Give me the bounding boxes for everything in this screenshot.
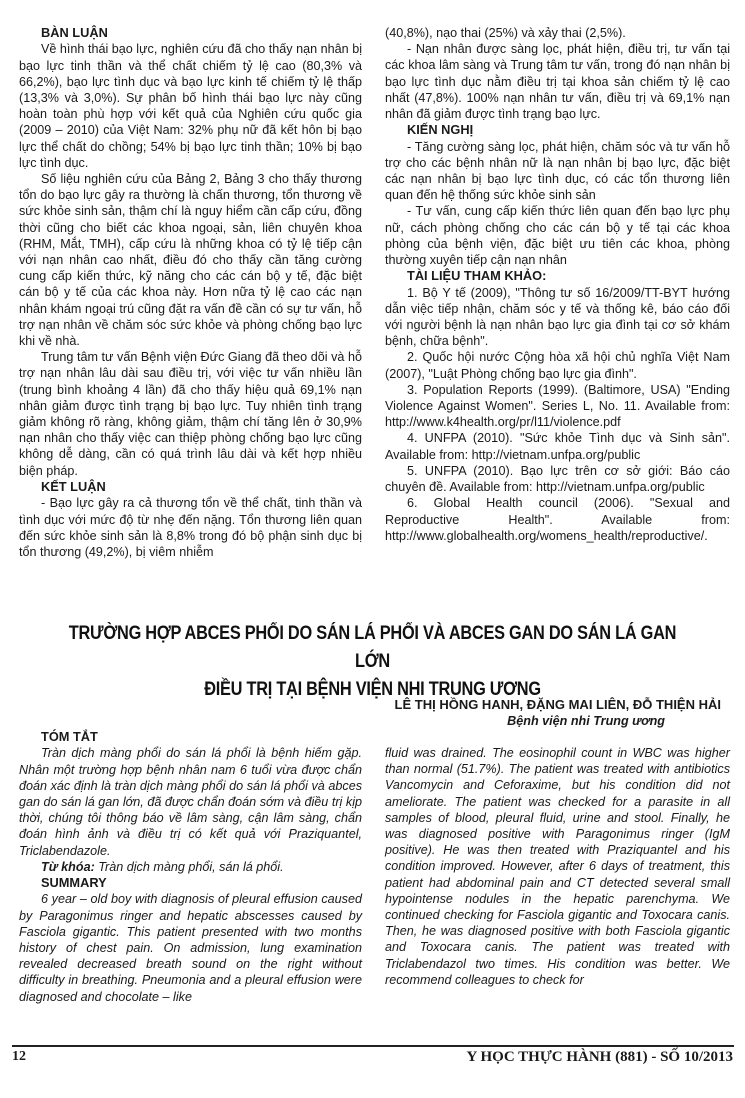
abstract-vietnamese: Tràn dịch màng phổi do sán lá phổi là bệ… <box>19 745 362 858</box>
discussion-paragraph-1: Về hình thái bạo lực, nghiên cứu đã cho … <box>19 41 362 171</box>
tom-tat-heading: TÓM TẮT <box>19 729 362 745</box>
reference-item-4: 4. UNFPA (2010). "Sức khỏe Tình dục và S… <box>385 430 730 462</box>
kien-nghi-heading: KIẾN NGHỊ <box>385 122 730 138</box>
recommendation-2: - Tư vấn, cung cấp kiến thức liên quan đ… <box>385 203 730 268</box>
reference-item-2: 2. Quốc hội nước Cộng hòa xã hội chủ ngh… <box>385 349 730 381</box>
left-column-top: BÀN LUẬN Về hình thái bạo lực, nghiên cứ… <box>19 25 362 560</box>
keywords-text: Tràn dịch màng phổi, sán lá phổi. <box>95 860 284 874</box>
reference-item-6: 6. Global Health council (2006). "Sexual… <box>385 495 730 544</box>
summary-english-part-1: 6 year – old boy with diagnosis of pleur… <box>19 891 362 1004</box>
right-column-bottom: fluid was drained. The eosinophil count … <box>385 745 730 988</box>
conclusion-continuation: (40,8%), nạo thai (25%) và xảy thai (2,5… <box>385 25 730 41</box>
discussion-paragraph-2: Số liệu nghiên cứu của Bảng 2, Bảng 3 ch… <box>19 171 362 349</box>
footer-divider <box>12 1045 734 1047</box>
references-heading: TÀI LIỆU THAM KHẢO: <box>385 268 730 284</box>
right-column-top: (40,8%), nạo thai (25%) và xảy thai (2,5… <box>385 25 730 544</box>
article-title: TRƯỜNG HỢP ABCES PHỔI DO SÁN LÁ PHỔI VÀ … <box>52 620 693 704</box>
left-column-bottom: TÓM TẮT Tràn dịch màng phổi do sán lá ph… <box>19 729 362 1005</box>
reference-item-1: 1. Bộ Y tế (2009), "Thông tư số 16/2009/… <box>385 285 730 350</box>
journal-info: Y HỌC THỰC HÀNH (881) - SỐ 10/2013 <box>466 1049 733 1066</box>
affiliation: Bệnh viện nhi Trung ương <box>507 713 665 729</box>
reference-item-5: 5. UNFPA (2010). Bạo lực trên cơ sở giới… <box>385 463 730 495</box>
authors: LÊ THỊ HỒNG HANH, ĐẶNG MAI LIÊN, ĐỖ THIỆ… <box>395 696 721 713</box>
keywords: Từ khóa: Tràn dịch màng phổi, sán lá phổ… <box>19 859 362 875</box>
ban-luan-heading: BÀN LUẬN <box>19 25 362 41</box>
article-title-line-1: TRƯỜNG HỢP ABCES PHỔI DO SÁN LÁ PHỔI VÀ … <box>52 620 693 676</box>
summary-english-part-2: fluid was drained. The eosinophil count … <box>385 745 730 988</box>
ket-luan-heading: KẾT LUẬN <box>19 479 362 495</box>
keywords-label: Từ khóa: <box>41 860 95 874</box>
reference-item-3: 3. Population Reports (1999). (Baltimore… <box>385 382 730 431</box>
page-number: 12 <box>12 1049 26 1065</box>
discussion-paragraph-3: Trung tâm tư vấn Bệnh viện Đức Giang đã … <box>19 349 362 479</box>
summary-heading: SUMMARY <box>19 875 362 891</box>
conclusion-paragraph-1: - Bạo lực gây ra cả thương tổn về thể ch… <box>19 495 362 560</box>
recommendation-1: - Tăng cường sàng lọc, phát hiện, chăm s… <box>385 139 730 204</box>
conclusion-paragraph-2: - Nạn nhân được sàng lọc, phát hiện, điề… <box>385 41 730 122</box>
